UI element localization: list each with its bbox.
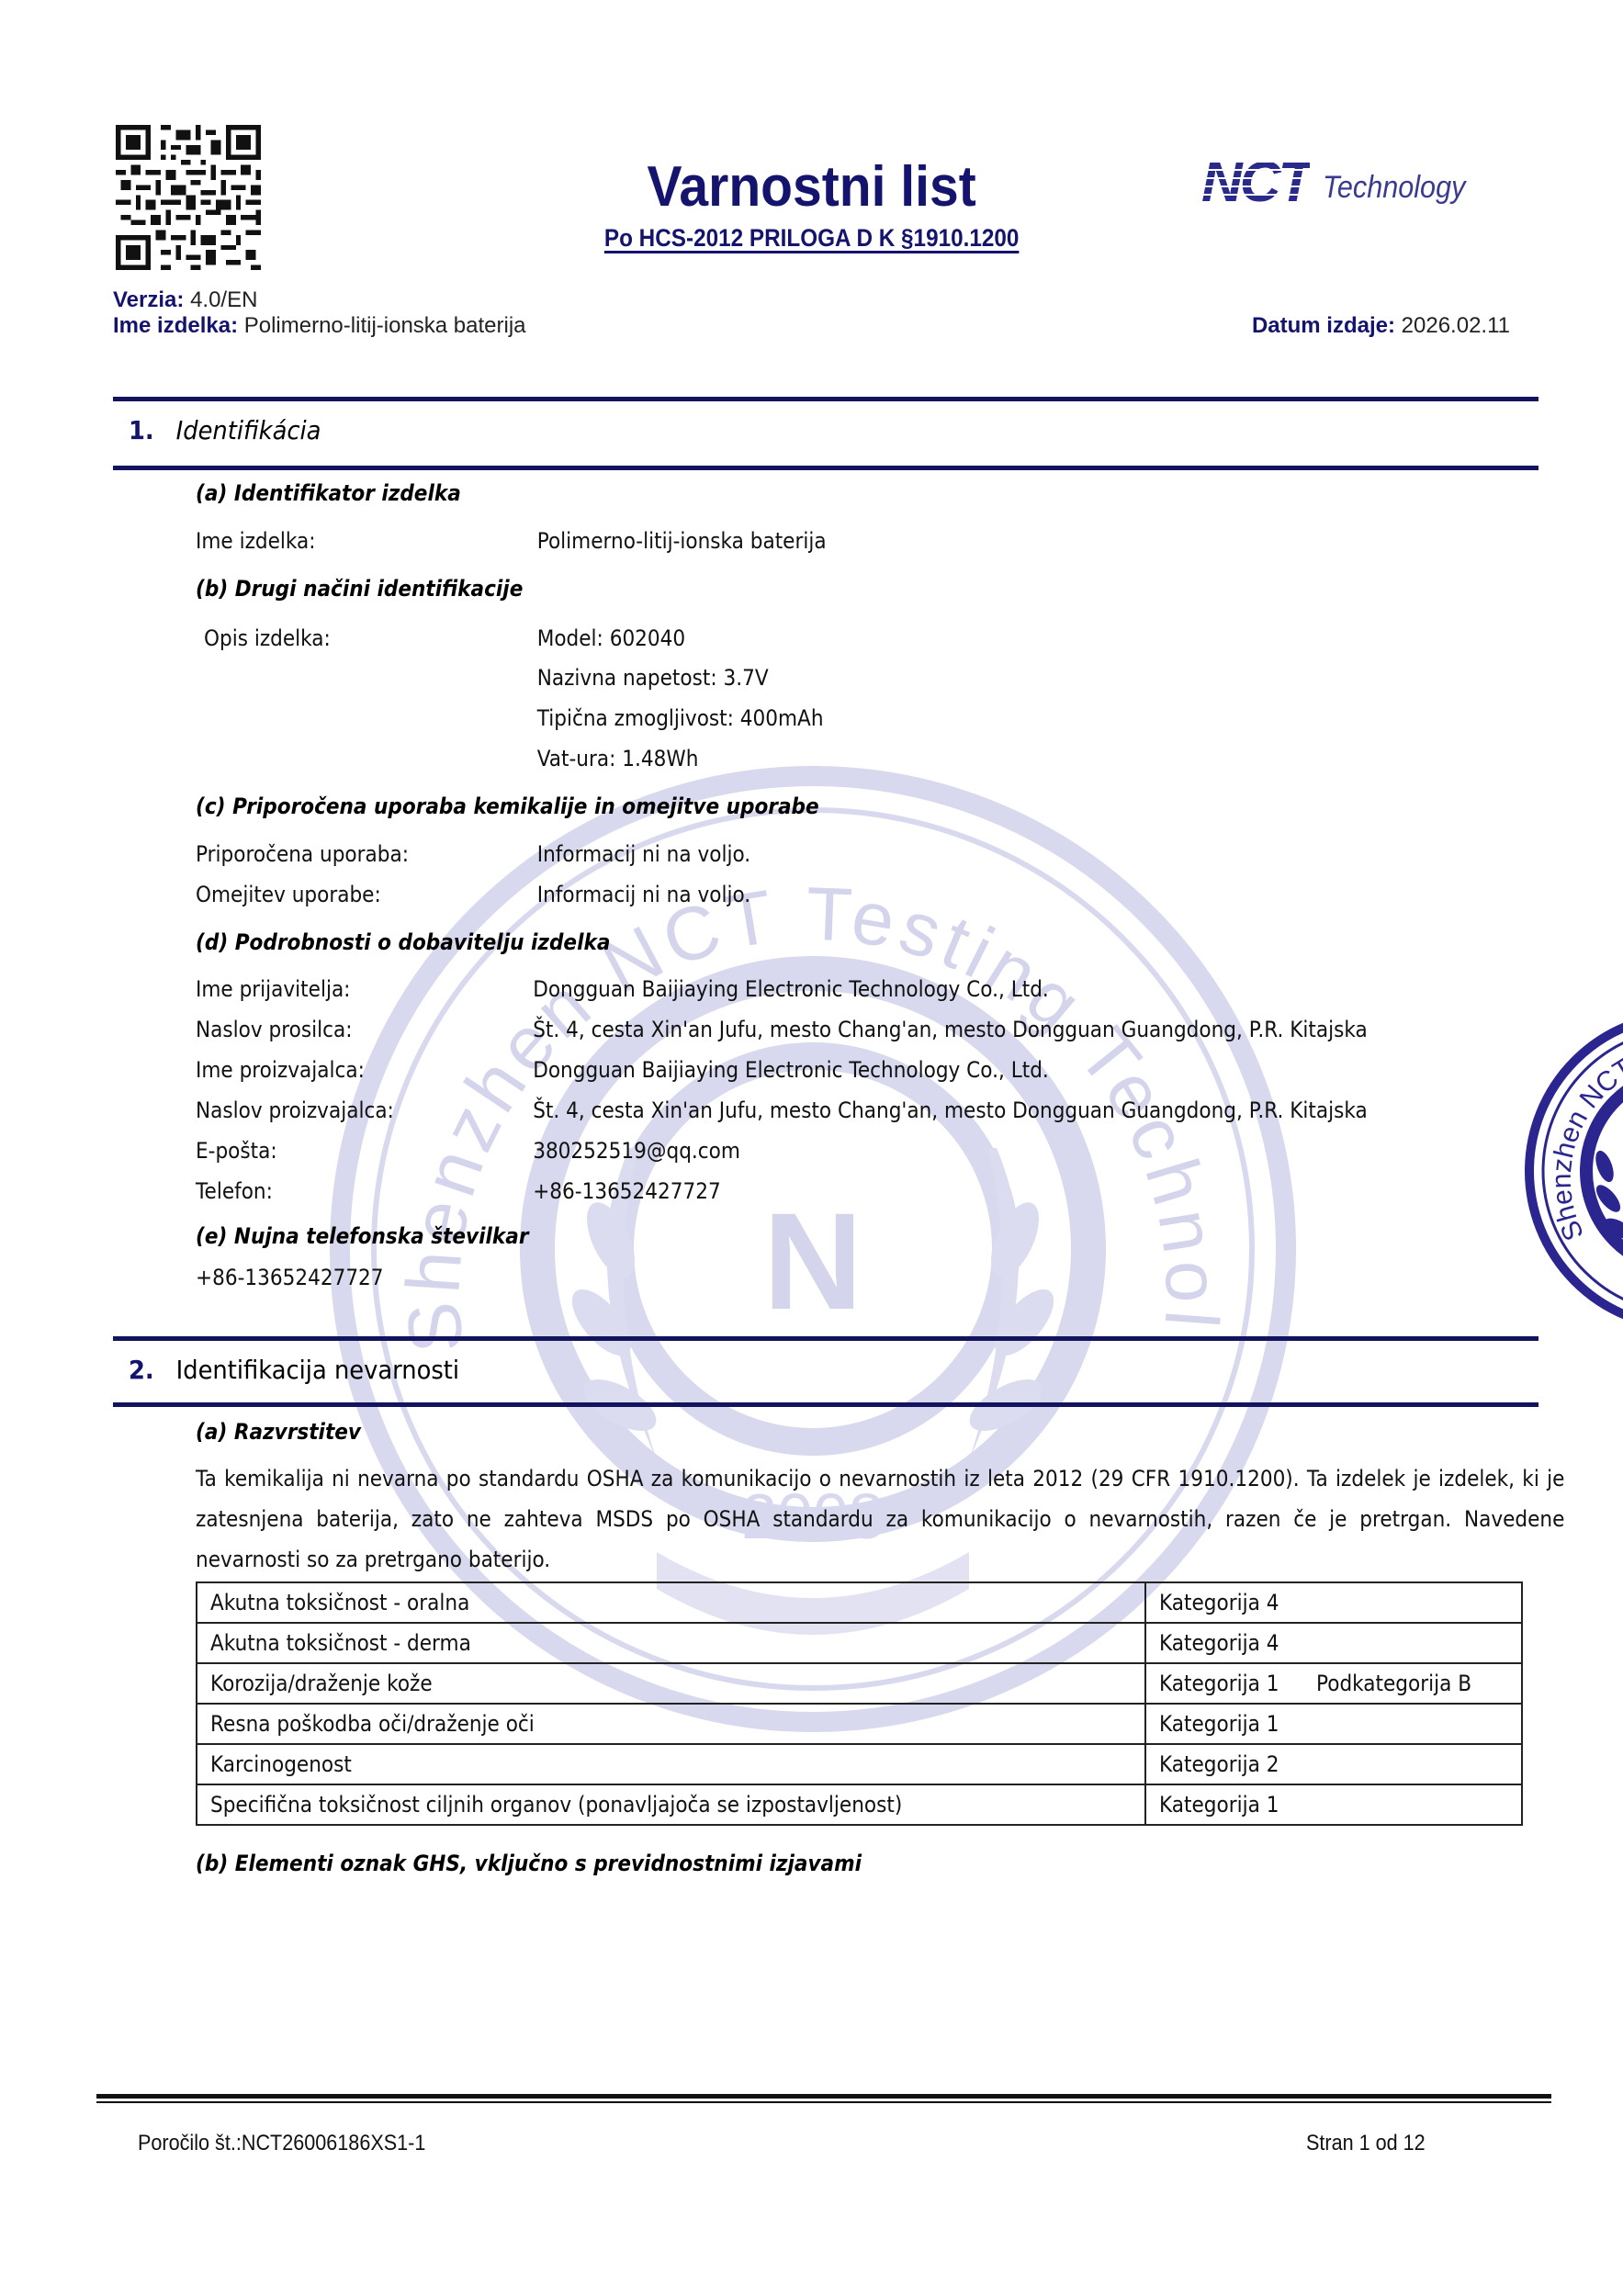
section-number: 2. — [129, 1355, 154, 1385]
version: Verzia: 4.0/EN — [113, 287, 257, 314]
category-cell: Kategorija 2 — [1145, 1744, 1522, 1784]
hazard-cell: Resna poškodba oči/draženje oči — [197, 1704, 1145, 1744]
field-row: Opis izdelka:Model: 602040 — [196, 625, 685, 651]
svg-text:N: N — [763, 1184, 862, 1338]
field-value: Tipična zmogljivost: 400mAh — [537, 705, 824, 731]
field-label: Opis izdelka: — [196, 625, 537, 651]
footer-rule — [96, 2094, 1551, 2099]
category-value: Kategorija 4 — [1159, 1630, 1279, 1656]
category-cell: Kategorija 4 — [1145, 1582, 1522, 1623]
field-value: Dongguan Baijiaying Electronic Technolog… — [533, 976, 1049, 1002]
issue-date-value: 2026.02.11 — [1402, 313, 1510, 338]
table-row: KarcinogenostKategorija 2 — [197, 1744, 1522, 1784]
email-value: 380252519@qq.com — [533, 1138, 740, 1164]
category-cell: Kategorija 1 — [1145, 1704, 1522, 1744]
field-value: Vat-ura: 1.48Wh — [537, 746, 699, 771]
field-row: Omejitev uporabe:Informacij ni na voljo. — [196, 882, 750, 907]
section-1-heading: 1. Identifikácia — [129, 415, 321, 445]
hazard-classification-table: Akutna toksičnost - oralnaKategorija 4Ak… — [196, 1581, 1523, 1826]
section-rule — [113, 466, 1538, 470]
category-cell: Kategorija 4 — [1145, 1623, 1522, 1663]
subsection-heading-e: (e) Nujna telefonska številkar — [196, 1223, 529, 1249]
document-subtitle: Po HCS-2012 PRILOGA D K §1910.1200 — [82, 224, 1542, 253]
hazard-name: Akutna toksičnost - oralna — [210, 1590, 469, 1615]
field-row: Vat-ura: 1.48Wh — [196, 746, 698, 771]
section-title: Identifikacija nevarnosti — [176, 1355, 459, 1385]
category-value: Kategorija 4 — [1159, 1590, 1279, 1615]
hazard-name: Specifična toksičnost ciljnih organov (p… — [210, 1792, 902, 1818]
section-2-heading: 2. Identifikacija nevarnosti — [129, 1355, 459, 1385]
product-name-label: Ime izdelka: — [113, 313, 238, 338]
field-value: Št. 4, cesta Xin'an Jufu, mesto Chang'an… — [533, 1017, 1368, 1042]
table-row: Resna poškodba oči/draženje očiKategorij… — [197, 1704, 1522, 1744]
field-label: Naslov proizvajalca: — [196, 1097, 533, 1123]
emergency-phone: +86-13652427727 — [196, 1265, 384, 1290]
subsection-heading-b: (b) Elementi oznak GHS, vključno s previ… — [196, 1851, 862, 1876]
section-number: 1. — [129, 415, 154, 445]
hazard-name: Karcinogenost — [210, 1751, 352, 1777]
field-label: E-pošta: — [196, 1138, 533, 1164]
table-row: Akutna toksičnost - dermaKategorija 4 — [197, 1623, 1522, 1663]
version-value: 4.0/EN — [190, 287, 257, 312]
field-row: Naslov proizvajalca:Št. 4, cesta Xin'an … — [196, 1097, 1368, 1123]
field-value: Informacij ni na voljo. — [537, 882, 750, 907]
field-label: Ime proizvajalca: — [196, 1057, 533, 1083]
field-row: Priporočena uporaba:Informacij ni na vol… — [196, 841, 750, 867]
subsection-heading-b: (b) Drugi načini identifikacije — [196, 576, 523, 602]
version-label: Verzia: — [113, 287, 184, 312]
field-row: Ime prijavitelja:Dongguan Baijiaying Ele… — [196, 976, 1049, 1002]
issue-date-label: Datum izdaje: — [1252, 313, 1395, 338]
logo-text: Technology — [1323, 170, 1465, 211]
classification-paragraph: Ta kemikalija ni nevarna po standardu OS… — [196, 1458, 1564, 1580]
category-value: Kategorija 1 — [1159, 1671, 1279, 1696]
hazard-name: Akutna toksičnost - derma — [210, 1630, 471, 1656]
category-cell: Kategorija 1Podkategorija B — [1145, 1663, 1522, 1704]
page-number: Stran 1 od 12 — [1306, 2131, 1426, 2156]
hazard-cell: Karcinogenost — [197, 1744, 1145, 1784]
subsection-heading-c: (c) Priporočena uporaba kemikalije in om… — [196, 793, 819, 819]
field-row: Naslov prosilca:Št. 4, cesta Xin'an Jufu… — [196, 1017, 1368, 1042]
hazard-name: Korozija/draženje kože — [210, 1671, 433, 1696]
product-name: Ime izdelka: Polimerno-litij-ionska bate… — [113, 312, 526, 340]
field-label: Omejitev uporabe: — [196, 882, 537, 907]
field-value: Dongguan Baijiaying Electronic Technolog… — [533, 1057, 1049, 1083]
field-row: Tipična zmogljivost: 400mAh — [196, 705, 824, 731]
issue-date: Datum izdaje: 2026.02.11 — [1252, 312, 1510, 340]
field-row: Telefon:+86-13652427727 — [196, 1178, 721, 1204]
category-cell: Kategorija 1 — [1145, 1784, 1522, 1825]
field-value: Št. 4, cesta Xin'an Jufu, mesto Chang'an… — [533, 1097, 1368, 1123]
hazard-name: Resna poškodba oči/draženje oči — [210, 1711, 535, 1737]
field-label: Ime prijavitelja: — [196, 976, 533, 1002]
nct-logo: NCT Technology — [1201, 147, 1482, 211]
table-row: Akutna toksičnost - oralnaKategorija 4 — [197, 1582, 1522, 1623]
table-row: Korozija/draženje kožeKategorija 1Podkat… — [197, 1663, 1522, 1704]
subcategory-value: Podkategorija B — [1316, 1671, 1471, 1696]
logo-mark: NCT — [1201, 154, 1310, 211]
hazard-cell: Akutna toksičnost - oralna — [197, 1582, 1145, 1623]
report-number: Poročilo št.:NCT26006186XS1-1 — [138, 2131, 425, 2156]
field-label: Priporočena uporaba: — [196, 841, 537, 867]
section-title: Identifikácia — [176, 415, 321, 445]
field-row: Ime proizvajalca:Dongguan Baijiaying Ele… — [196, 1057, 1049, 1083]
section-rule — [113, 1402, 1538, 1407]
field-label: Telefon: — [196, 1178, 533, 1204]
field-value: Informacij ni na voljo. — [537, 841, 750, 867]
emergency-phone-value: +86-13652427727 — [196, 1265, 384, 1290]
field-label: Ime izdelka: — [196, 528, 537, 554]
table-row: Specifična toksičnost ciljnih organov (p… — [197, 1784, 1522, 1825]
company-stamp: Shenzhen NCT T — [1520, 1006, 1623, 1336]
field-value: Nazivna napetost: 3.7V — [537, 665, 769, 691]
product-name-value: Polimerno-litij-ionska baterija — [244, 313, 526, 338]
section-rule — [113, 1336, 1538, 1341]
subsection-heading-a: (a) Identifikator izdelka — [196, 480, 461, 506]
section-rule — [113, 397, 1538, 401]
field-row: E-pošta:380252519@qq.com — [196, 1138, 740, 1164]
field-value: Model: 602040 — [537, 625, 685, 651]
svg-text:Shenzhen NCT T: Shenzhen NCT T — [1547, 1042, 1623, 1245]
subsection-heading-d: (d) Podrobnosti o dobavitelju izdelka — [196, 929, 610, 955]
footer-rule — [96, 2101, 1551, 2103]
hazard-cell: Korozija/draženje kože — [197, 1663, 1145, 1704]
phone-value: +86-13652427727 — [533, 1178, 721, 1204]
subsection-heading-a: (a) Razvrstitev — [196, 1419, 361, 1445]
hazard-cell: Specifična toksičnost ciljnih organov (p… — [197, 1784, 1145, 1825]
hazard-cell: Akutna toksičnost - derma — [197, 1623, 1145, 1663]
category-value: Kategorija 1 — [1159, 1711, 1279, 1737]
field-value: Polimerno-litij-ionska baterija — [537, 528, 827, 554]
category-value: Kategorija 2 — [1159, 1751, 1279, 1777]
category-value: Kategorija 1 — [1159, 1792, 1279, 1818]
field-label: Naslov prosilca: — [196, 1017, 533, 1042]
field-row: Nazivna napetost: 3.7V — [196, 665, 769, 691]
field-row: Ime izdelka:Polimerno-litij-ionska bater… — [196, 528, 827, 554]
